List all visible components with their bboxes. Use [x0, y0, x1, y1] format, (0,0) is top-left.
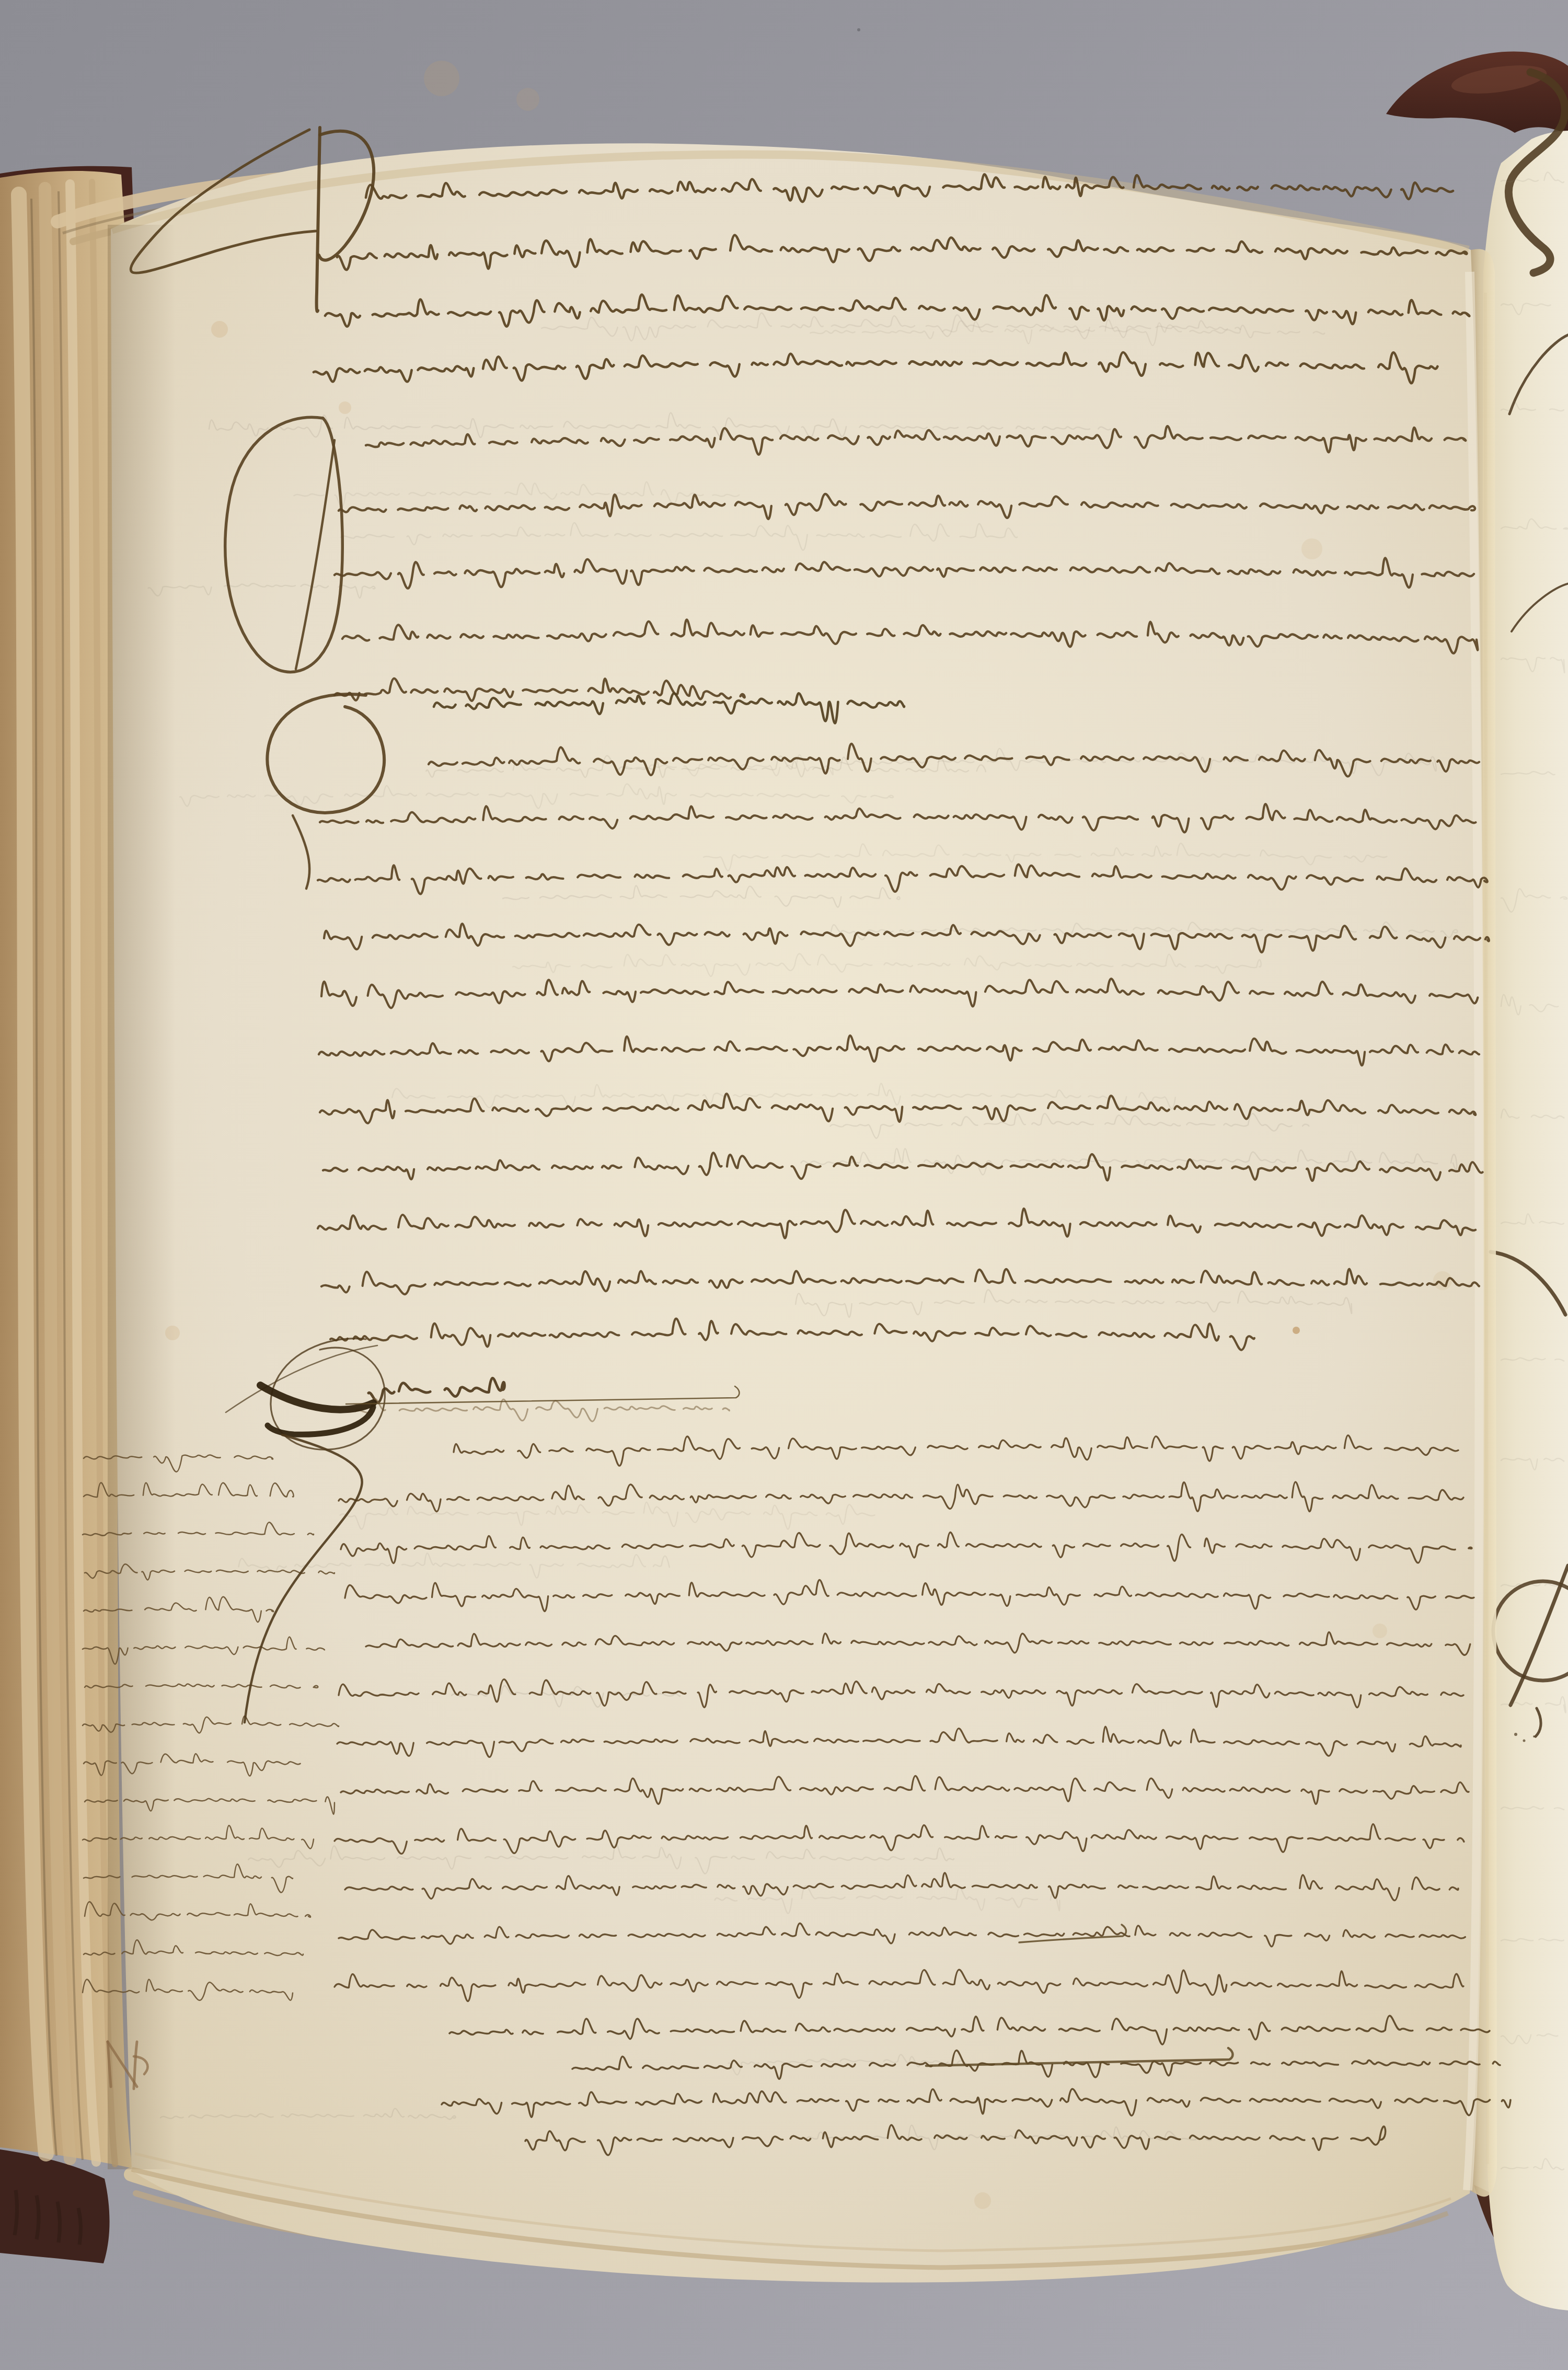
dust-speck [857, 28, 860, 31]
ink-spatter [1514, 1733, 1517, 1736]
ink-spatter [1533, 1735, 1535, 1738]
photograph-of-open-manuscript-book: Photograph of an open early-16th-century… [0, 0, 1568, 2370]
ink-spatter [1523, 1740, 1526, 1742]
verso-page-surface [111, 143, 1483, 2282]
manuscript-scene: Photograph of an open early-16th-century… [0, 0, 1568, 2370]
